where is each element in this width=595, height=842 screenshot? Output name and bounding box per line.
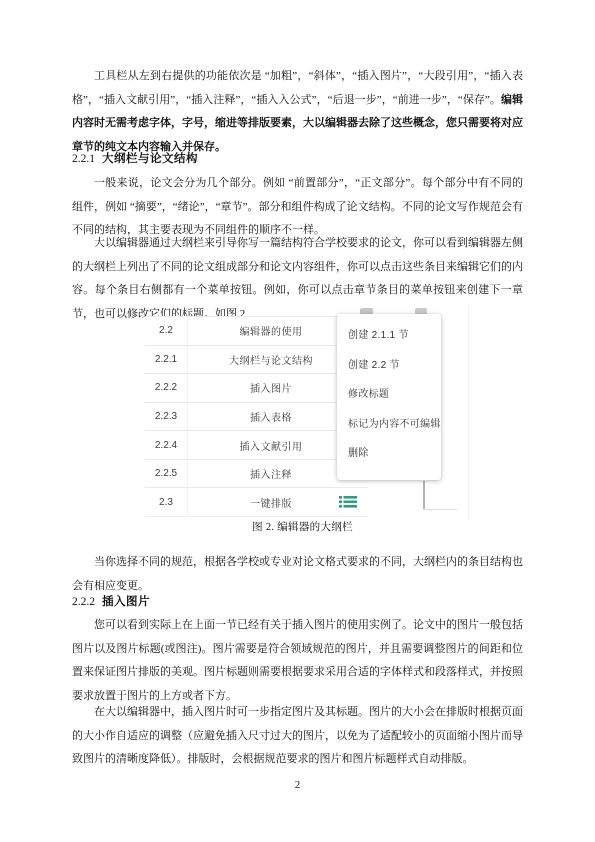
section-title: 插入图片 <box>102 596 150 608</box>
outline-row-number: 2.2.5 <box>145 460 188 488</box>
outline-row[interactable]: 2.3一键排版 <box>145 487 368 516</box>
section-heading: 2.2.2插入图片 <box>72 595 523 610</box>
outline-row[interactable]: 2.2.5插入注释 <box>145 459 368 488</box>
outline-row-number: 2.2.4 <box>145 431 188 459</box>
section-title: 大纲栏与论文结构 <box>102 153 198 165</box>
outline-row-number: 2.2 <box>145 317 188 345</box>
context-menu-item[interactable]: 修改标题 <box>337 380 441 410</box>
figure-artifact-line <box>423 509 457 510</box>
body-paragraph: 工具栏从左到右提供的功能依次是 “加粗”，“斜体”，“插入图片”，“大段引用”，… <box>72 65 523 159</box>
figure-artifact-line <box>423 481 425 510</box>
paragraph-text: 工具栏从左到右提供的功能依次是 “加粗”，“斜体”，“插入图片”，“大段引用”，… <box>72 70 523 106</box>
figure-artifact-line <box>468 305 469 520</box>
figure-artifact-line <box>187 306 188 316</box>
body-paragraph: 您可以看到实际上在上面一节已经有关于插入图片的使用实例了。论文中的图片一般包括图… <box>72 614 523 708</box>
outline-row-number: 2.2.1 <box>145 346 188 374</box>
body-paragraph: 当你选择不同的规范，根据各学校或专业对论文格式要求的不同，大纲栏内的条目结构也会… <box>72 551 523 598</box>
body-paragraph: 在大以编辑器中，插入图片时可一步指定图片及其标题。图片的大小会在排版时根据页面的… <box>72 701 523 772</box>
section-heading: 2.2.1大纲栏与论文结构 <box>72 152 523 167</box>
outline-row-number: 2.3 <box>145 488 188 516</box>
context-menu-item[interactable]: 创建 2.2 节 <box>337 351 441 381</box>
figure-caption: 图 2. 编辑器的大纲栏 <box>145 519 460 534</box>
outline-row[interactable]: 2.2编辑器的使用 <box>145 316 368 345</box>
context-menu-item[interactable]: 创建 2.1.1 节 <box>337 321 441 351</box>
section-number: 2.2.2 <box>72 596 95 608</box>
section-number: 2.2.1 <box>72 153 95 165</box>
context-menu-item[interactable]: 删除 <box>337 439 441 469</box>
context-menu-item[interactable]: 标记为内容不可编辑 <box>337 410 441 440</box>
outline-row[interactable]: 2.2.4插入文献引用 <box>145 430 368 459</box>
context-menu: 创建 2.1.1 节创建 2.2 节修改标题标记为内容不可编辑删除 <box>337 314 441 480</box>
page-number: 2 <box>0 779 595 791</box>
outline-row-number: 2.2.2 <box>145 374 188 402</box>
body-paragraph: 大以编辑器通过大纲栏来引导你写一篇结构符合学校要求的论文，你可以看到编辑器左侧的… <box>72 232 523 326</box>
document-page: 工具栏从左到右提供的功能依次是 “加粗”，“斜体”，“插入图片”，“大段引用”，… <box>0 0 595 842</box>
outline-list: 2.2编辑器的使用2.2.1大纲栏与论文结构2.2.2插入图片2.2.3插入表格… <box>145 316 368 517</box>
outline-row[interactable]: 2.2.3插入表格 <box>145 402 368 431</box>
outline-row-number: 2.2.3 <box>145 403 188 431</box>
outline-row[interactable]: 2.2.2插入图片 <box>145 373 368 402</box>
outline-row[interactable]: 2.2.1大纲栏与论文结构 <box>145 345 368 374</box>
toc-list-icon[interactable] <box>339 496 357 509</box>
